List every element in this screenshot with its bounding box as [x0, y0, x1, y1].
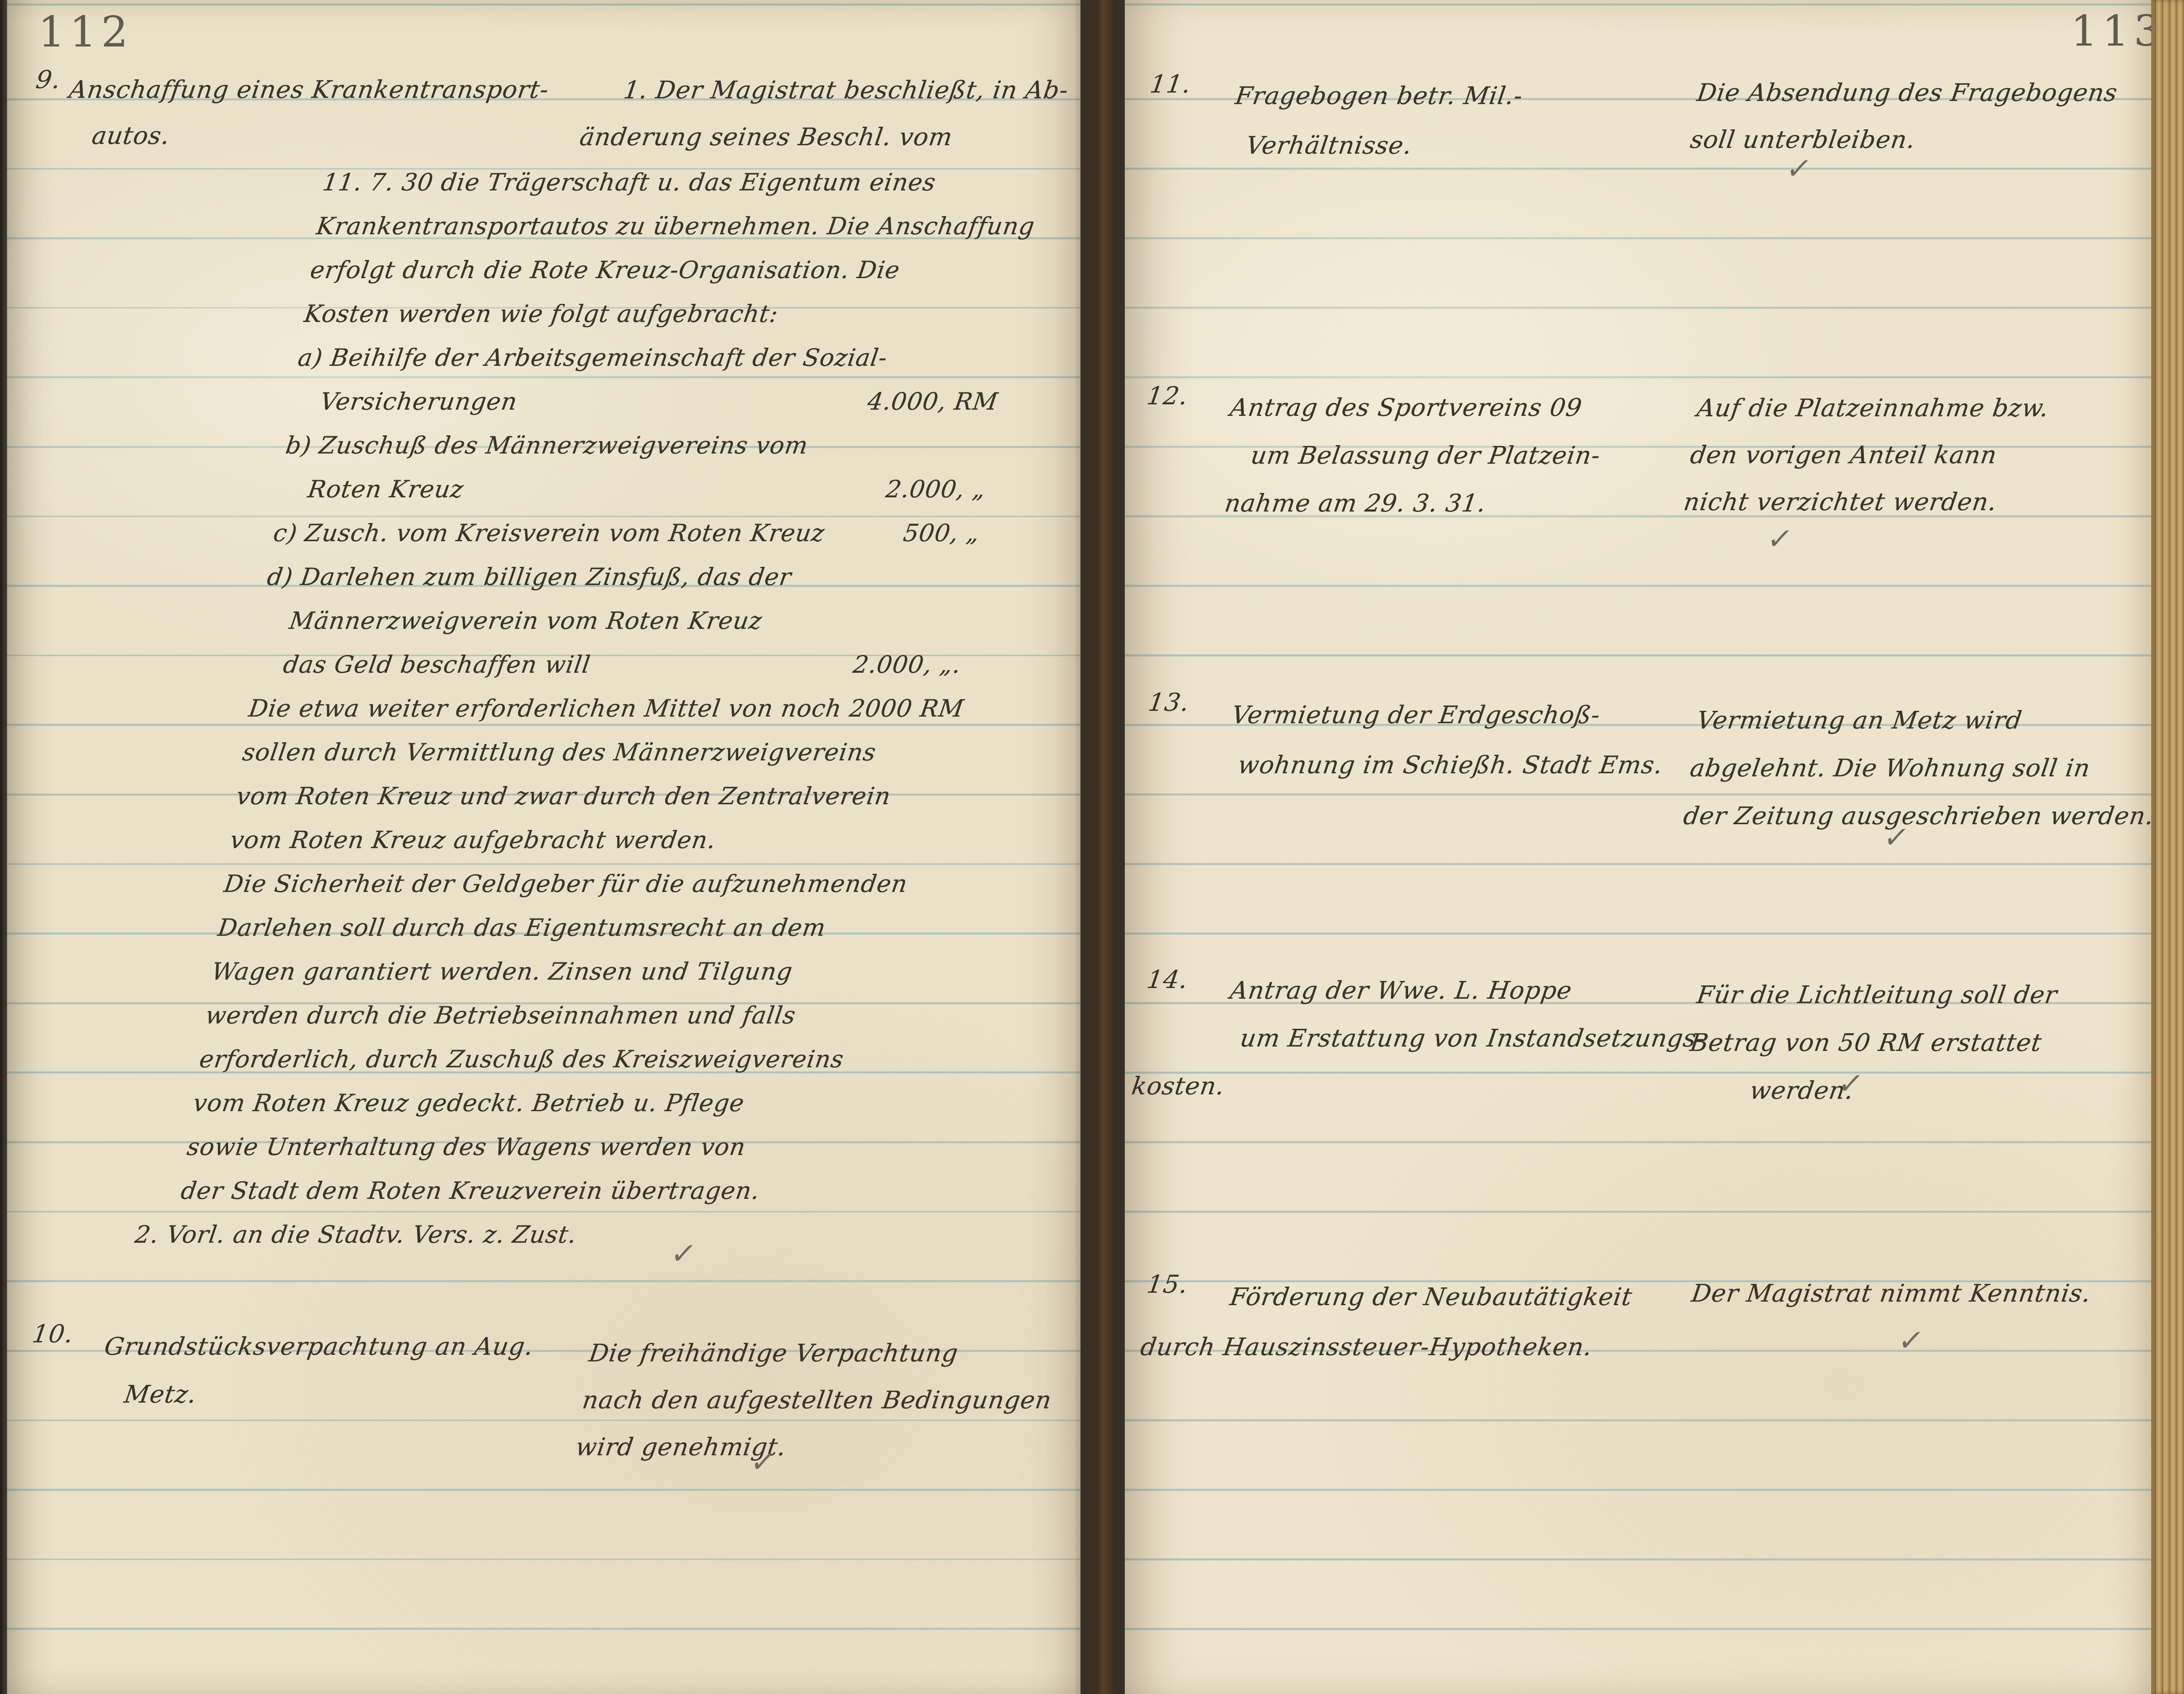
handwritten-line: werden. [1680, 1066, 2134, 1114]
handwritten-line: nicht verzichtet werden. [1681, 478, 2134, 525]
handwritten-line: Antrag der Wwe. L. Hoppe [1227, 966, 1712, 1014]
handwritten-line: abgelehnt. Die Wohnung soll in [1687, 744, 2141, 792]
handwritten-line: vom Roten Kreuz und zwar durch den Zentr… [233, 774, 957, 818]
item-15-resolution: Der Magistrat nimmt Kenntnis. [1688, 1269, 2156, 1317]
handwritten-line: Die Sicherheit der Geldgeber für die auf… [221, 862, 945, 906]
page-113: 113 11. Fragebogen betr. Mil.-Verhältnis… [1125, 0, 2151, 1694]
handwritten-line: a) Beihilfe der Arbeitsgemeinschaft der … [295, 336, 1018, 380]
amount-value: 500, „ [900, 511, 982, 555]
item-14-resolution: Für die Lichtleitung soll derBetrag von … [1680, 971, 2148, 1114]
book-page-edges [2151, 0, 2184, 1694]
handwritten-line: Verhältnisse. [1225, 120, 1702, 170]
handwritten-line: nahme am 29. 3. 31. [1213, 479, 1698, 527]
handwritten-line: Anschaffung eines Krankentransport- [66, 66, 622, 112]
handwritten-line: erforderlich, durch Zuschuß des Kreiszwe… [197, 1037, 920, 1081]
handwritten-line: wohnung im Schießh. Stadt Ems. [1221, 740, 1711, 790]
handwritten-line: Vermietung an Metz wird [1694, 696, 2148, 744]
handwritten-line: Versicherungen4.000, RM [289, 380, 1013, 423]
handwritten-line: Die freihändige Verpachtung [586, 1330, 1080, 1376]
handwritten-line: Vermietung der Erdgeschoß- [1228, 690, 1718, 740]
item-11-number: 11. [1148, 70, 1193, 99]
handwritten-line: Grundstücksverpachtung an Aug. [101, 1322, 604, 1370]
item-10-resolution: Die freihändige Verpachtungnach den aufg… [573, 1330, 1080, 1470]
handwritten-line: vom Roten Kreuz aufgebracht werden. [227, 818, 951, 862]
item-9-resolution-body: 11. 7. 30 die Trägerschaft u. das Eigent… [172, 160, 1043, 1256]
handwritten-line: werden durch die Betriebseinnahmen und f… [203, 993, 926, 1037]
handwritten-line: Männerzweigverein vom Roten Kreuz [258, 599, 982, 643]
item-10-title: Grundstücksverpachtung an Aug.Metz. [95, 1322, 604, 1418]
page-number-112: 112 [38, 7, 132, 57]
item-13-title: Vermietung der Erdgeschoß-wohnung im Sch… [1221, 690, 1718, 790]
item-15-checkmark-icon: ✓ [1896, 1323, 1926, 1357]
item-15-title: Förderung der Neubautätigkeitdurch Hausz… [1220, 1272, 1730, 1372]
handwritten-line: b) Zuschuß des Männerzweigvereins vom [283, 423, 1007, 467]
amount-value: 2.000, „. [850, 643, 964, 686]
handwritten-line: Roten Kreuz2.000, „ [277, 467, 1000, 511]
handwritten-line: Darlehen soll durch das Eigentumsrecht a… [215, 906, 939, 950]
handwritten-line: Kosten werden wie folgt aufgebracht: [301, 292, 1025, 336]
item-13-resolution: Vermietung an Metz wirdabgelehnt. Die Wo… [1680, 696, 2148, 840]
handwritten-line: Die etwa weiter erforderlichen Mittel vo… [246, 686, 969, 730]
handwritten-line: c) Zusch. vom Kreisverein vom Roten Kreu… [271, 511, 994, 555]
amount-value: 2.000, „ [883, 467, 989, 511]
handwritten-line: 1. Der Magistrat beschließt, in Ab- [620, 66, 1074, 113]
handwritten-line: Betrag von 50 RM erstattet [1687, 1019, 2141, 1066]
handwritten-line: sollen durch Vermittlung des Männerzweig… [240, 730, 963, 774]
item-12-title: Antrag des Sportvereins 09um Belassung d… [1213, 384, 1712, 527]
handwritten-line: Für die Lichtleitung soll der [1694, 971, 2148, 1019]
item-10-number: 10. [31, 1320, 75, 1349]
handwritten-line: sowie Unterhaltung des Wagens werden von [184, 1125, 908, 1169]
item-9-number: 9. [34, 66, 63, 94]
handwritten-line: vom Roten Kreuz gedeckt. Betrieb u. Pfle… [190, 1081, 914, 1125]
item-9-title: Anschaffung eines Krankentransport-autos… [60, 66, 622, 159]
item-9-resolution-intro: 1. Der Magistrat beschließt, in Ab-änder… [614, 66, 1074, 160]
scanned-ledger-spread: 112 9. Anschaffung eines Krankentranspor… [0, 0, 2184, 1694]
binding-gutter [1075, 0, 1130, 1694]
amount-value: 4.000, RM [865, 380, 1001, 423]
handwritten-line: Die Absendung des Fragebogens [1694, 69, 2143, 116]
handwritten-line: Förderung der Neubautätigkeit [1227, 1272, 1730, 1322]
handwritten-line: nach den aufgestellten Bedingungen [579, 1376, 1073, 1423]
handwritten-line: d) Darlehen zum billigen Zinsfuß, das de… [264, 555, 988, 599]
handwritten-line: um Belassung der Platzein- [1220, 431, 1705, 479]
handwritten-line: durch Hauszinssteuer-Hypotheken. [1137, 1322, 1723, 1372]
handwritten-line: Metz. [95, 1370, 597, 1418]
handwritten-line: kosten. [1128, 1062, 1698, 1110]
handwritten-line: Wagen garantiert werden. Zinsen und Tilg… [209, 950, 933, 993]
handwritten-line: autos. [60, 112, 616, 159]
handwritten-line: Der Magistrat nimmt Kenntnis. [1688, 1269, 2156, 1317]
handwritten-line: 11. 7. 30 die Trägerschaft u. das Eigent… [320, 160, 1043, 204]
item-15-number: 15. [1145, 1270, 1190, 1299]
item-12-number: 12. [1145, 382, 1190, 411]
book-edge-left [0, 0, 7, 1694]
handwritten-line: änderung seines Beschl. vom [577, 113, 1068, 160]
page-112: 112 9. Anschaffung eines Krankentranspor… [7, 0, 1080, 1694]
handwritten-line: um Erstattung von Instandsetzungs- [1220, 1014, 1705, 1062]
handwritten-line: Antrag des Sportvereins 09 [1227, 384, 1712, 431]
handwritten-line: 2. Vorl. an die Stadtv. Vers. z. Zust. [132, 1213, 895, 1256]
handwritten-line: den vorigen Anteil kann [1687, 431, 2141, 478]
item-12-resolution: Auf die Platzeinnahme bzw.den vorigen An… [1681, 384, 2148, 525]
handwritten-line: Krankentransportautos zu übernehmen. Die… [314, 204, 1037, 248]
item-14-title: Antrag der Wwe. L. Hoppeum Erstattung vo… [1213, 966, 1712, 1110]
handwritten-line: der Stadt dem Roten Kreuzverein übertrag… [178, 1169, 902, 1213]
item-13-number: 13. [1146, 688, 1191, 717]
handwritten-line: Auf die Platzeinnahme bzw. [1694, 384, 2148, 431]
handwritten-line: Fragebogen betr. Mil.- [1232, 71, 1708, 120]
item-11-resolution: Die Absendung des Fragebogenssoll unterb… [1687, 69, 2143, 163]
handwritten-line: soll unterbleiben. [1687, 116, 2137, 163]
item-12-checkmark-icon: ✓ [1765, 522, 1795, 556]
handwritten-line: das Geld beschaffen will2.000, „. [252, 643, 976, 686]
handwritten-line: erfolgt durch die Rote Kreuz-Organisatio… [307, 248, 1031, 292]
item-14-number: 14. [1145, 965, 1190, 994]
handwritten-line: wird genehmigt. [573, 1423, 1066, 1470]
item-11-title: Fragebogen betr. Mil.-Verhältnisse. [1225, 71, 1708, 170]
